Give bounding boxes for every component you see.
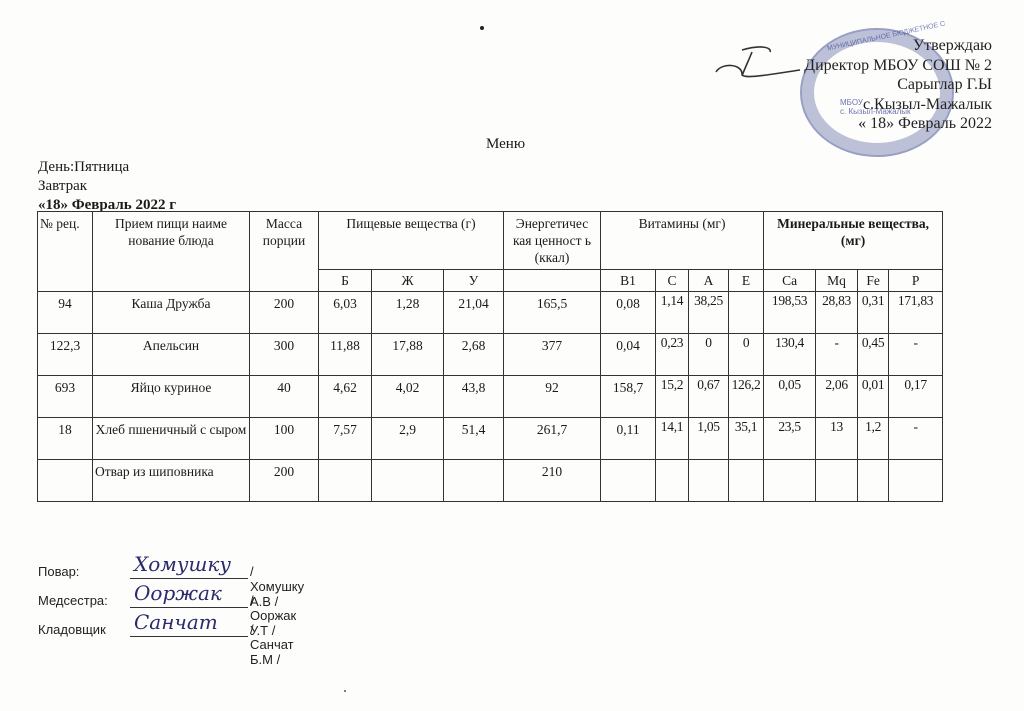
- subheader-cell: Ж: [372, 270, 444, 292]
- cell-energy: 261,7: [504, 418, 601, 460]
- cell-c: 0,23: [656, 334, 689, 376]
- signature-role: Повар:: [38, 564, 79, 579]
- cell-u: 51,4: [444, 418, 504, 460]
- cell-energy: 210: [504, 460, 601, 502]
- cell-zh: 4,02: [372, 376, 444, 418]
- cell-ca: 0,05: [764, 376, 816, 418]
- cell-recipe: 94: [38, 292, 93, 334]
- cell-b1: 0,04: [601, 334, 656, 376]
- cell-a: 1,05: [689, 418, 729, 460]
- handwritten-signature: Ооржак: [134, 581, 222, 605]
- cell-p: 171,83: [889, 292, 943, 334]
- signature-line: [130, 578, 248, 579]
- cell-ca: 198,53: [764, 292, 816, 334]
- subheader-cell: B1: [601, 270, 656, 292]
- cell-fe: 1,2: [858, 418, 889, 460]
- approval-line: Директор МБОУ СОШ № 2: [804, 56, 992, 76]
- cell-b: 11,88: [319, 334, 372, 376]
- header-dish: Прием пищи наиме нование блюда: [93, 212, 250, 292]
- signature-line: [130, 636, 248, 637]
- subheader-cell: Mq: [816, 270, 858, 292]
- cell-fe: 0,45: [858, 334, 889, 376]
- meal-label: Завтрак: [38, 177, 176, 196]
- cell-u: [444, 460, 504, 502]
- cell-mass: 100: [250, 418, 319, 460]
- cell-c: 1,14: [656, 292, 689, 334]
- header-mass: Масса порции: [250, 212, 319, 292]
- cell-b: [319, 460, 372, 502]
- cell-energy: 92: [504, 376, 601, 418]
- cell-e: [729, 460, 764, 502]
- subheader-cell: Б: [319, 270, 372, 292]
- subheader-cell: У: [444, 270, 504, 292]
- cell-u: 2,68: [444, 334, 504, 376]
- cell-b: 4,62: [319, 376, 372, 418]
- cell-b: 7,57: [319, 418, 372, 460]
- cell-zh: 1,28: [372, 292, 444, 334]
- cell-mass: 300: [250, 334, 319, 376]
- cell-b1: [601, 460, 656, 502]
- cell-mass: 200: [250, 460, 319, 502]
- approval-block: Утверждаю Директор МБОУ СОШ № 2 Сарыглар…: [804, 36, 992, 134]
- cell-dish: Отвар из шиповника: [93, 460, 250, 502]
- cell-mass: 200: [250, 292, 319, 334]
- cell-c: 15,2: [656, 376, 689, 418]
- signature-name: / Санчат Б.М /: [250, 622, 294, 667]
- cell-p: -: [889, 334, 943, 376]
- cell-mg: 13: [816, 418, 858, 460]
- cell-ca: 130,4: [764, 334, 816, 376]
- signature-role: Медсестра:: [38, 593, 108, 608]
- subheader-cell: Fe: [858, 270, 889, 292]
- cell-e: [729, 292, 764, 334]
- cell-mass: 40: [250, 376, 319, 418]
- cell-a: 0: [689, 334, 729, 376]
- handwritten-signature: Санчат: [134, 610, 218, 634]
- cell-zh: 2,9: [372, 418, 444, 460]
- scan-speck: [344, 690, 346, 692]
- cell-c: [656, 460, 689, 502]
- approval-line: « 18» Февраль 2022: [804, 114, 992, 134]
- cell-mg: 28,83: [816, 292, 858, 334]
- cell-e: 126,2: [729, 376, 764, 418]
- cell-ca: 23,5: [764, 418, 816, 460]
- cell-mg: [816, 460, 858, 502]
- header-nutrients: Пищевые вещества (г): [319, 212, 504, 270]
- cell-dish: Хлеб пшеничный с сыром: [93, 418, 250, 460]
- cell-a: 0,67: [689, 376, 729, 418]
- cell-e: 35,1: [729, 418, 764, 460]
- table-row: 122,3Апельсин30011,8817,882,683770,040,2…: [38, 334, 943, 376]
- cell-recipe: 693: [38, 376, 93, 418]
- cell-p: -: [889, 418, 943, 460]
- approval-line: с.Кызыл-Мажалык: [804, 95, 992, 115]
- subheader-cell: [504, 270, 601, 292]
- cell-b1: 0,11: [601, 418, 656, 460]
- day-label: День:Пятница: [38, 158, 176, 177]
- approval-line: Утверждаю: [804, 36, 992, 56]
- cell-zh: [372, 460, 444, 502]
- cell-dish: Апельсин: [93, 334, 250, 376]
- signature-role: Кладовщик: [38, 622, 106, 637]
- cell-a: 38,25: [689, 292, 729, 334]
- cell-fe: 0,01: [858, 376, 889, 418]
- cell-b1: 0,08: [601, 292, 656, 334]
- cell-fe: [858, 460, 889, 502]
- cell-u: 21,04: [444, 292, 504, 334]
- handwritten-signature: Хомушку: [134, 552, 231, 576]
- document-meta: День:Пятница Завтрак «18» Февраль 2022 г: [38, 158, 176, 215]
- header-vitamins: Витамины (мг): [601, 212, 764, 270]
- signature-line: [130, 607, 248, 608]
- document-title: Меню: [486, 136, 525, 153]
- cell-u: 43,8: [444, 376, 504, 418]
- cell-recipe: 122,3: [38, 334, 93, 376]
- cell-energy: 165,5: [504, 292, 601, 334]
- cell-c: 14,1: [656, 418, 689, 460]
- subheader-cell: C: [656, 270, 689, 292]
- subheader-cell: Ca: [764, 270, 816, 292]
- header-energy: Энергетичес кая ценност ь (ккал): [504, 212, 601, 270]
- header-minerals: Минеральные вещества, (мг): [764, 212, 943, 270]
- cell-fe: 0,31: [858, 292, 889, 334]
- cell-mg: -: [816, 334, 858, 376]
- approval-line: Сарыглар Г.Ы: [804, 75, 992, 95]
- menu-table: № рец. Прием пищи наиме нование блюда Ма…: [37, 211, 943, 502]
- table-row: Отвар из шиповника200210: [38, 460, 943, 502]
- cell-dish: Каша Дружба: [93, 292, 250, 334]
- cell-b1: 158,7: [601, 376, 656, 418]
- header-row: № рец. Прием пищи наиме нование блюда Ма…: [38, 212, 943, 270]
- cell-a: [689, 460, 729, 502]
- director-signature-icon: [712, 44, 802, 84]
- cell-recipe: [38, 460, 93, 502]
- cell-ca: [764, 460, 816, 502]
- cell-mg: 2,06: [816, 376, 858, 418]
- cell-e: 0: [729, 334, 764, 376]
- cell-energy: 377: [504, 334, 601, 376]
- subheader-cell: E: [729, 270, 764, 292]
- header-recipe-no: № рец.: [38, 212, 93, 292]
- cell-recipe: 18: [38, 418, 93, 460]
- cell-zh: 17,88: [372, 334, 444, 376]
- subheader-cell: P: [889, 270, 943, 292]
- cell-p: [889, 460, 943, 502]
- cell-b: 6,03: [319, 292, 372, 334]
- table-row: 693Яйцо куриное404,624,0243,892158,715,2…: [38, 376, 943, 418]
- table-row: 94Каша Дружба2006,031,2821,04165,50,081,…: [38, 292, 943, 334]
- scan-speck: [480, 26, 484, 30]
- cell-dish: Яйцо куриное: [93, 376, 250, 418]
- table-row: 18Хлеб пшеничный с сыром1007,572,951,426…: [38, 418, 943, 460]
- subheader-cell: A: [689, 270, 729, 292]
- cell-p: 0,17: [889, 376, 943, 418]
